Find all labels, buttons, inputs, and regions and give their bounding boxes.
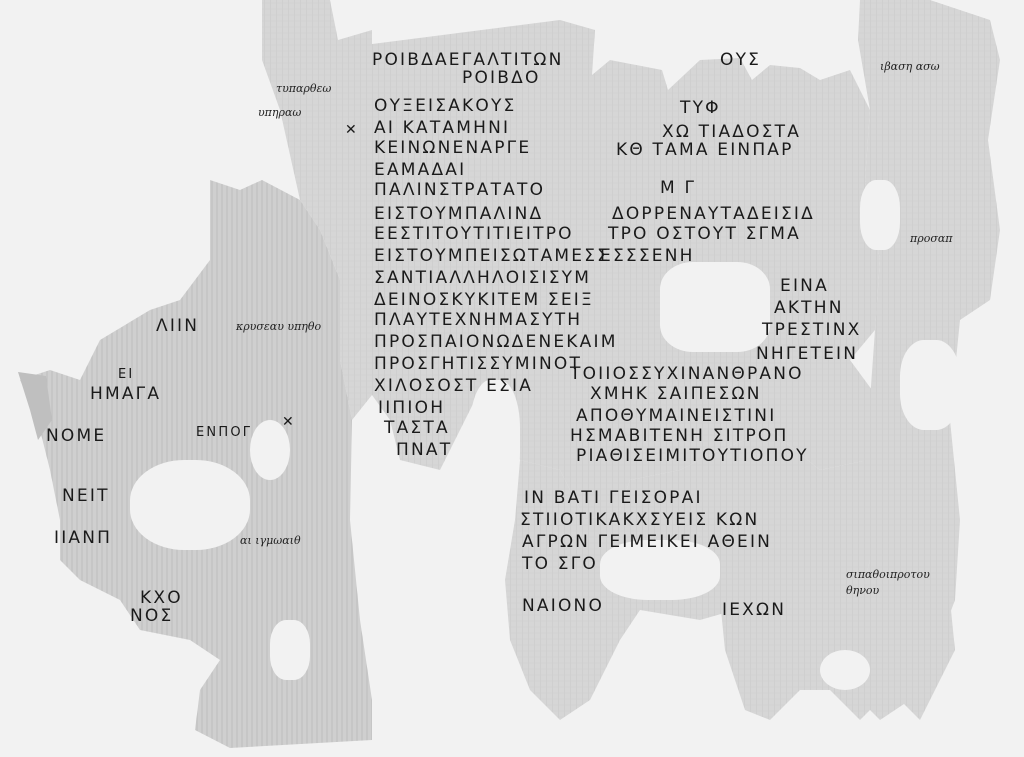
text-line: ΧΩ ΤΙΑΔΟΣΤΑ bbox=[662, 124, 801, 141]
text-line: ΕΙΣΤΟΥΜΠΑΛΙΝΔ bbox=[374, 206, 543, 223]
text-line: ΤΟΙΙΟΣΣΥΧΙΝΑΝΘΡΑΝΟ bbox=[570, 366, 804, 383]
text-line: ΙΝ ΒΑΤΙ ΓΕΙΣΟΡΑΙ bbox=[524, 490, 703, 507]
text-line: ΔΟΡΡΕΝΑΥΤΑΔΕΙΣΙΔ bbox=[612, 206, 815, 223]
text-line: ΧΙΛΟΣΟΣΤ ΕΣΙΑ bbox=[374, 378, 533, 395]
text-line: ΕΙΝΑ bbox=[780, 278, 829, 295]
text-line: ΑΙ ΚΑΤΑΜΗΝΙ bbox=[374, 120, 510, 137]
text-line: ΟΥΞΕΙΣΑΚΟΥΣ bbox=[374, 98, 517, 115]
marginal-note: προσαπ bbox=[910, 232, 953, 245]
text-line: ΤΡΕΣΤΙΝΧ bbox=[762, 322, 861, 339]
text-line: ΔΕΙΝΟΣΚΥΚΙΤΕΜ ΣΕΙΞ bbox=[374, 292, 594, 309]
text-line: ΝΟΣ bbox=[130, 608, 173, 625]
text-line: Μ Γ bbox=[660, 180, 696, 197]
text-line: ΤΡΟ ΟΣΤΟΥΤ ΣΓΜΑ bbox=[608, 226, 801, 243]
text-line: ΑΚΤΗΝ bbox=[774, 300, 844, 317]
text-line: ΙΙΠΙΟΗ bbox=[378, 400, 445, 417]
text-line: ΕΝΠΟΓ bbox=[196, 424, 252, 441]
text-line: ΟΥΣ bbox=[720, 52, 761, 69]
lacuna bbox=[470, 380, 520, 500]
text-line: ΚΧΟ bbox=[140, 590, 183, 607]
text-line: ΡΙΑΘΙΣΕΙΜΙΤΟΥΤΙΟΠΟΥ bbox=[576, 448, 809, 465]
text-line: ΝΟΜΕ bbox=[46, 428, 106, 445]
cross-mark: ✕ bbox=[282, 414, 296, 431]
text-line: ΠΡΟΣΓΗΤΙΣΣΥΜΙΝΟΤ bbox=[374, 356, 582, 373]
lacuna bbox=[270, 620, 310, 680]
marginal-note: κρυσεαυ υπηθο bbox=[236, 320, 321, 333]
text-line: ΠΑΛΙΝΣΤΡΑΤΑΤΟ bbox=[374, 182, 545, 199]
text-line: ΤΟ ΣΓΟ bbox=[522, 556, 598, 573]
text-line: ΚΕΙΝΩΝΕΝΑΡΓΕ bbox=[374, 140, 531, 157]
text-line: ΧΜΗΚ ΣΑΙΠΕΣΩΝ bbox=[590, 386, 762, 403]
text-line: ΑΠΟΘΥΜΑΙΝΕΙΣΤΙΝΙ bbox=[576, 408, 776, 425]
marginal-note: υπηραω bbox=[258, 106, 301, 119]
text-line: ΕΑΜΑΔΑΙ bbox=[374, 162, 466, 179]
text-line: ΠΛΑΥΤΕΧΝΗΜΑΣΥΤΗ bbox=[374, 312, 582, 329]
text-line: ΚΘ ΤΑΜΑ ΕΙΝΠΑΡ bbox=[616, 142, 794, 159]
marginal-note: αι ιγμωαιθ bbox=[240, 534, 301, 547]
text-line: ΝΑΙΟΝΟ bbox=[522, 598, 604, 615]
text-line: ΕΕΣΤΙΤΟΥΤΙΤΙΕΙΤΡΟ bbox=[374, 226, 574, 243]
lacuna bbox=[900, 340, 960, 430]
lacuna bbox=[130, 460, 250, 550]
text-line: ΤΑΣΤΑ bbox=[384, 420, 450, 437]
lacuna bbox=[820, 650, 870, 690]
text-line: ΡΟΙΒΔΑΕΓΑΛΤΙΤΩΝ bbox=[372, 52, 564, 69]
text-line: ΠΝΑΤ bbox=[396, 442, 452, 459]
text-line: ΡΟΙΒΔΟ bbox=[462, 70, 541, 87]
text-line: ΠΡΟΣΠΑΙΟΝΩΔΕΝΕΚΑΙΜ bbox=[374, 334, 618, 351]
text-line: ΕΣΣΣΕΝΗ bbox=[600, 248, 695, 265]
cross-mark: ✕ bbox=[345, 122, 359, 139]
text-line: ΗΣΜΑΒΙΤΕΝΗ ΣΙΤΡΟΠ bbox=[570, 428, 788, 445]
marginal-note: τυπαρθεω bbox=[276, 82, 331, 95]
marginal-note: ιβαση ασω bbox=[880, 60, 940, 73]
text-line: ΕΙΣΤΟΥΜΠΕΙΣΩΤΑΜΕΣΣ bbox=[374, 248, 610, 265]
text-line: ΙΕΧΩΝ bbox=[722, 602, 786, 619]
text-line: ΑΓΡΩΝ ΓΕΙΜΕΙΚΕΙ ΑΘΕΙΝ bbox=[522, 534, 772, 551]
lacuna bbox=[860, 180, 900, 250]
marginal-note: θηνου bbox=[846, 584, 879, 597]
text-line: ΛΙΙΝ bbox=[156, 318, 199, 335]
text-line: ΝΗΓΕΤΕΙΝ bbox=[756, 346, 858, 363]
lacuna bbox=[660, 262, 770, 352]
marginal-note: σιπαθοιπροτου bbox=[846, 568, 930, 581]
papyrus-photograph: ΡΟΙΒΔΑΕΓΑΛΤΙΤΩΝ ΡΟΙΒΔΟ ΟΥΞΕΙΣΑΚΟΥΣ ΑΙ ΚΑ… bbox=[0, 0, 1024, 757]
text-line: ΙΙΑΝΠ bbox=[54, 530, 112, 547]
text-line: ΝΕΙΤ bbox=[62, 488, 110, 505]
text-line: ΕΙ bbox=[118, 366, 134, 383]
text-line: ΗΜΑΓΑ bbox=[90, 386, 161, 403]
text-line: ΣΑΝΤΙΑΛΛΗΛΟΙΣΙΣΥΜ bbox=[374, 270, 591, 287]
text-line: ΣΤΙΙΟΤΙΚΑΚΧΣΥΕΙΣ ΚΩΝ bbox=[520, 512, 759, 529]
text-line: ΤΥΦ bbox=[680, 100, 721, 117]
